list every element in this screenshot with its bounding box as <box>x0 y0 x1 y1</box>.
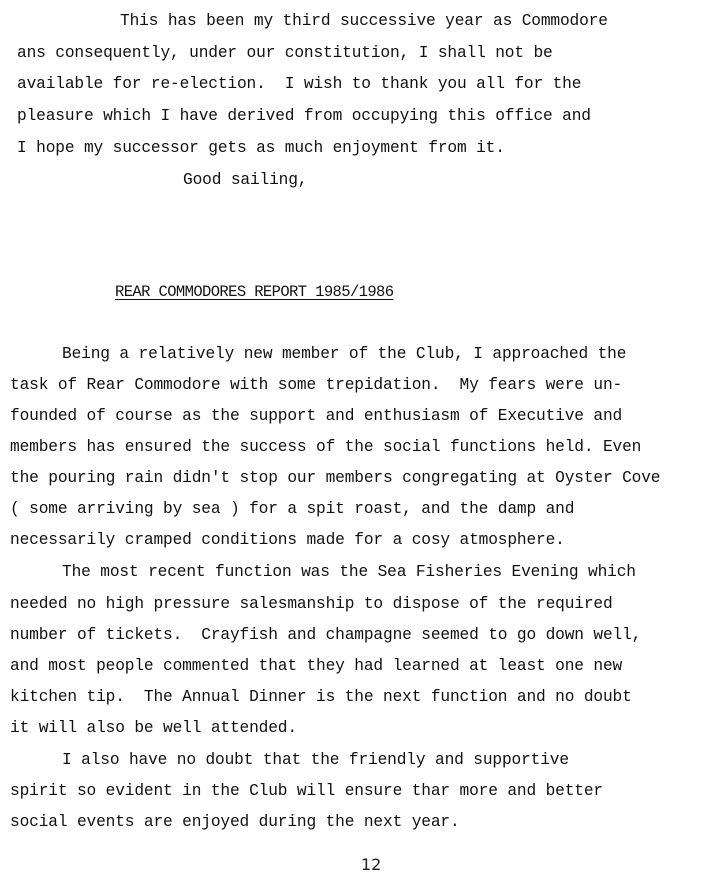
p1-line-5: the pouring rain didn't stop our members… <box>10 468 660 488</box>
p2-line-3: number of tickets. Crayfish and champagn… <box>10 625 641 645</box>
p2-line-1: The most recent function was the Sea Fis… <box>62 562 636 582</box>
commodore-line-2: ans consequently, under our constitution… <box>17 43 553 63</box>
commodore-line-4: pleasure which I have derived from occup… <box>17 106 591 126</box>
p3-line-3: social events are enjoyed during the nex… <box>10 812 460 832</box>
page-number: 12 <box>361 855 381 873</box>
p1-line-6: ( some arriving by sea ) for a spit roas… <box>10 499 574 519</box>
p1-line-1: Being a relatively new member of the Clu… <box>62 344 626 364</box>
p2-line-5: kitchen tip. The Annual Dinner is the ne… <box>10 687 632 707</box>
signoff: Good sailing, <box>183 170 307 190</box>
p2-line-6: it will also be well attended. <box>10 718 297 738</box>
p1-line-7: necessarily cramped conditions made for … <box>10 530 565 550</box>
commodore-line-1: This has been my third successive year a… <box>120 11 608 31</box>
report-heading: REAR COMMODORES REPORT 1985/1986 <box>115 282 393 302</box>
p3-line-1: I also have no doubt that the friendly a… <box>62 750 569 770</box>
commodore-line-5: I hope my successor gets as much enjoyme… <box>17 138 505 158</box>
document-page: This has been my third successive year a… <box>0 0 717 873</box>
p1-line-4: members has ensured the success of the s… <box>10 437 641 457</box>
p1-line-3: founded of course as the support and ent… <box>10 406 622 426</box>
commodore-line-3: available for re-election. I wish to tha… <box>17 74 581 94</box>
p3-line-2: spirit so evident in the Club will ensur… <box>10 781 603 801</box>
p2-line-2: needed no high pressure salesmanship to … <box>10 594 613 614</box>
p1-line-2: task of Rear Commodore with some trepida… <box>10 375 622 395</box>
p2-line-4: and most people commented that they had … <box>10 656 622 676</box>
